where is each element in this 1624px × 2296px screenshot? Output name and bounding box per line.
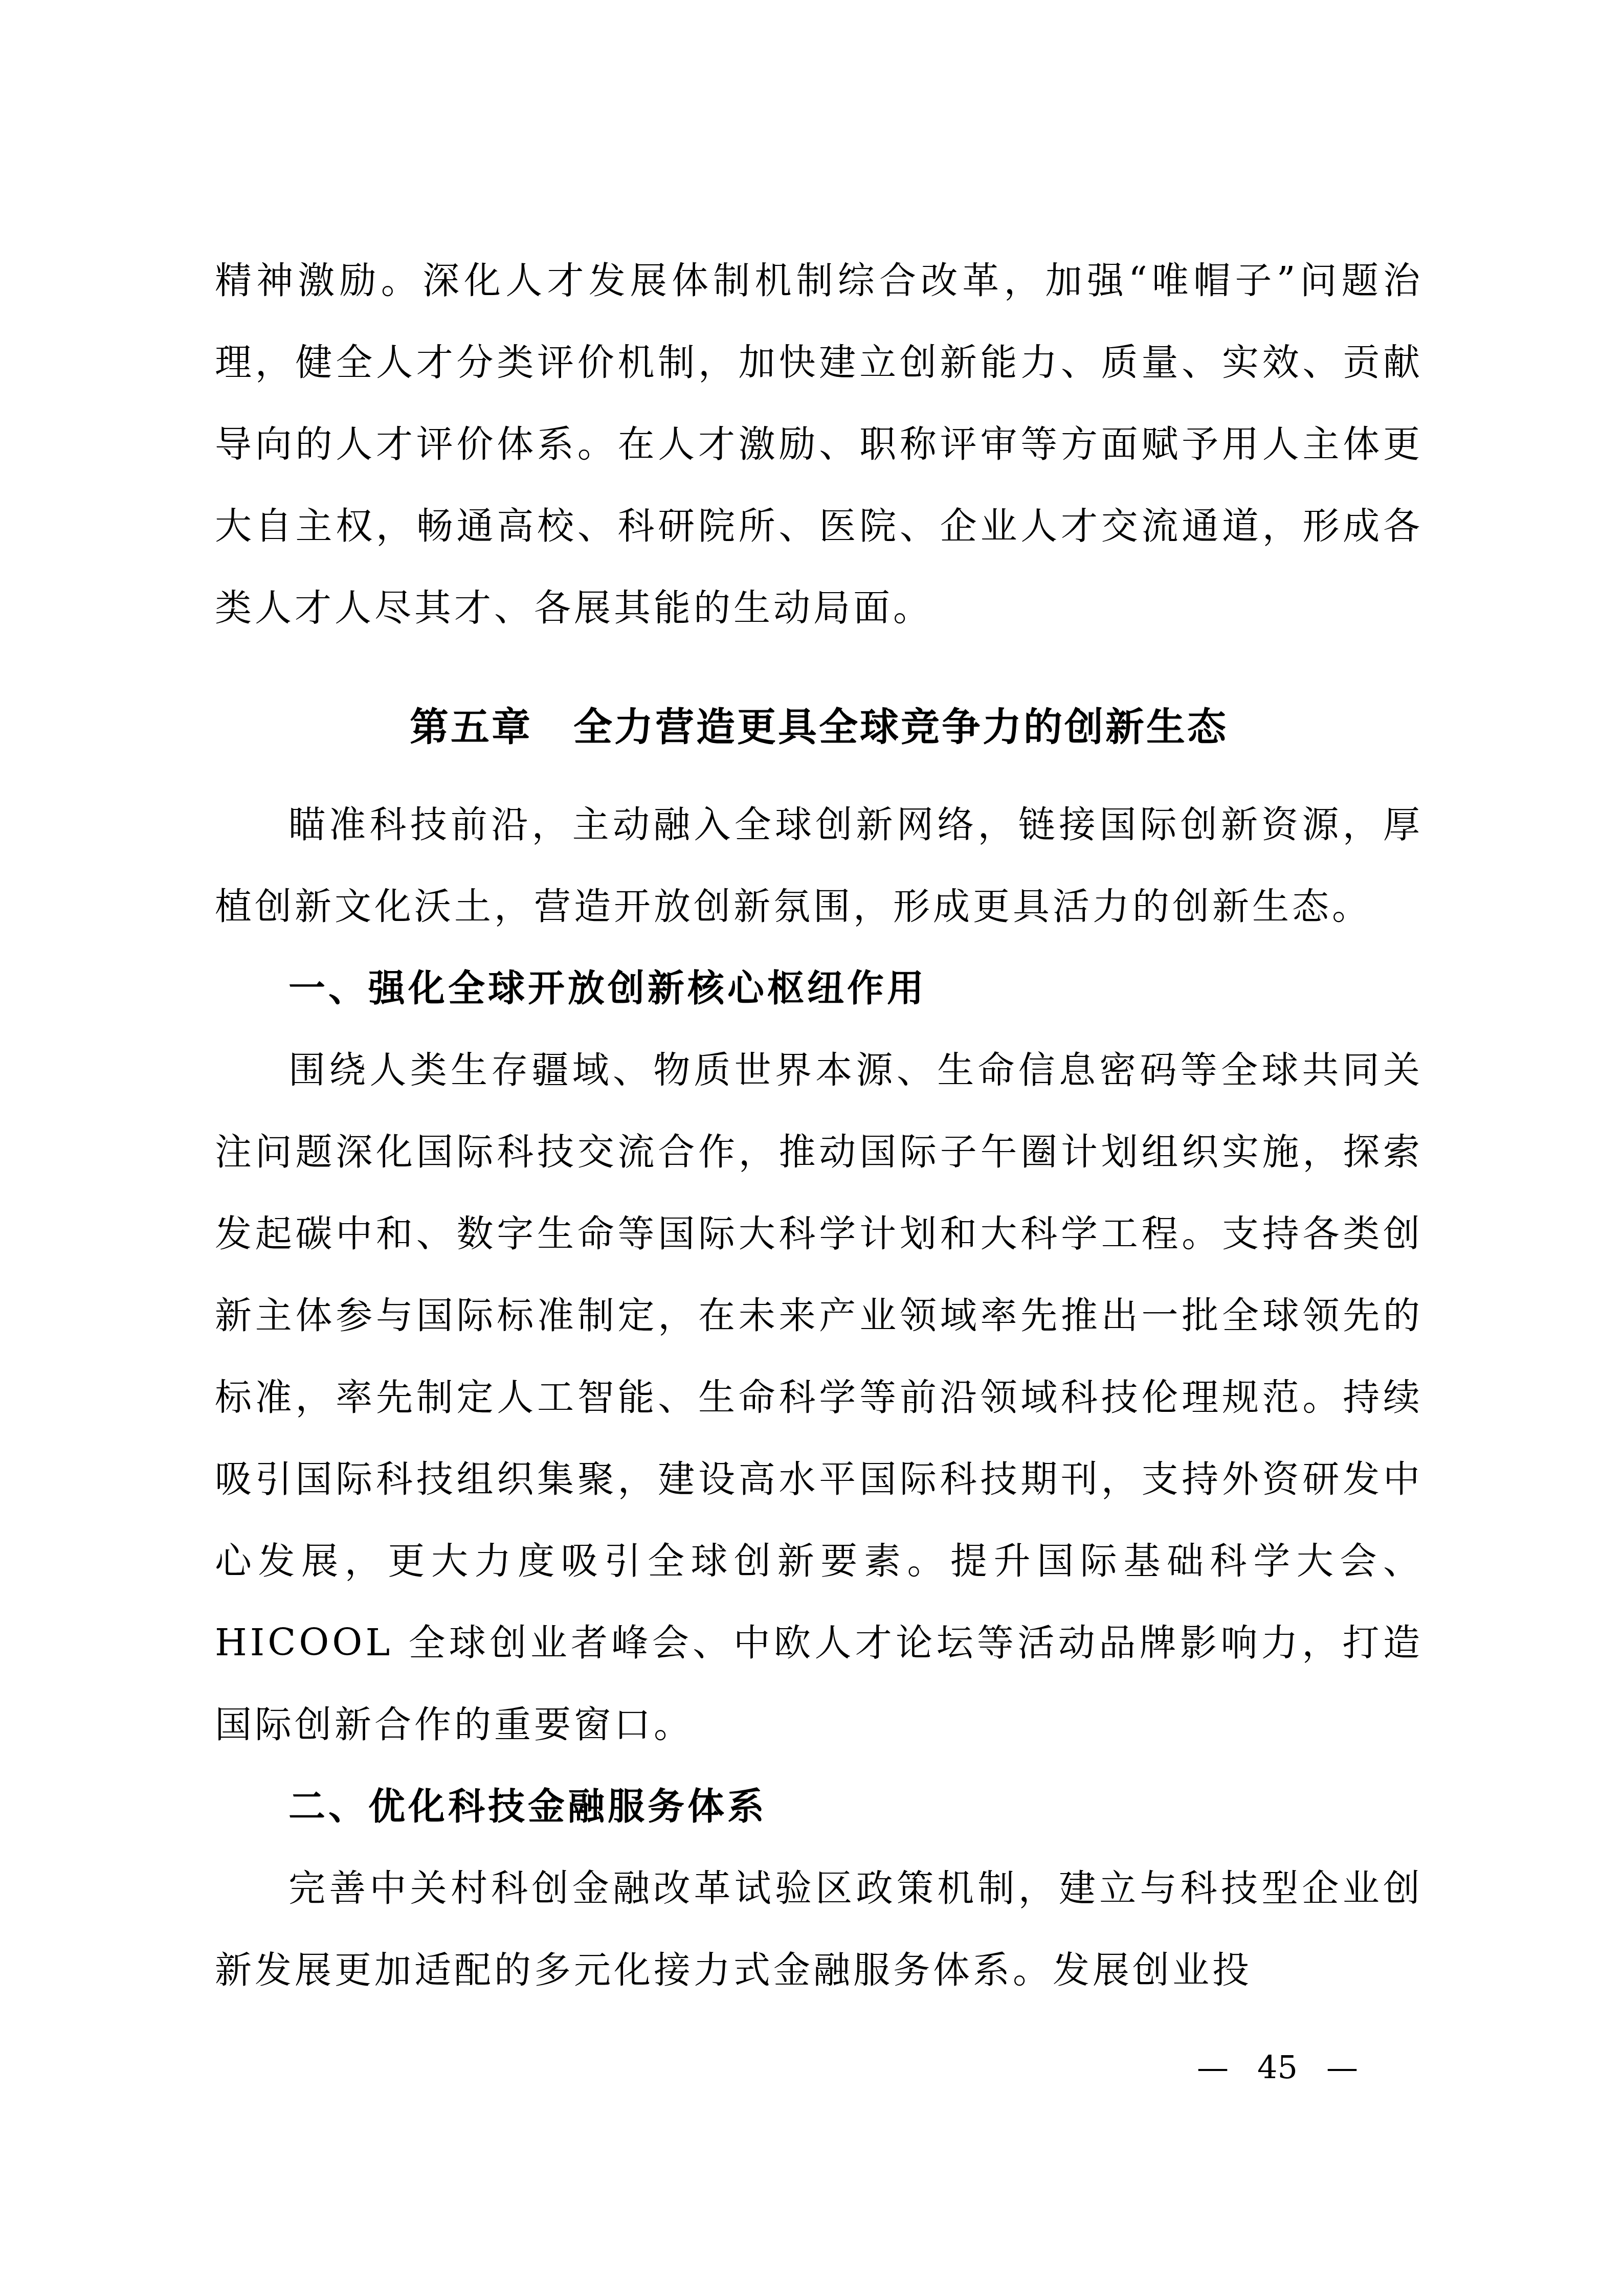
document-content: 精神激励。深化人才发展体制机制综合改革，加强“唯帽子”问题治理，健全人才分类评价…: [215, 239, 1423, 2011]
footer-dash-left: —: [1197, 2045, 1229, 2089]
paragraph-talent-continuation: 精神激励。深化人才发展体制机制综合改革，加强“唯帽子”问题治理，健全人才分类评价…: [215, 239, 1423, 648]
section-2-heading: 二、优化科技金融服务体系: [215, 1765, 1423, 1847]
page-footer: — 45 —: [1197, 2045, 1358, 2089]
paragraph-section-2: 完善中关村科创金融改革试验区政策机制，建立与科技型企业创新发展更加适配的多元化接…: [215, 1847, 1423, 2011]
document-page: 精神激励。深化人才发展体制机制综合改革，加强“唯帽子”问题治理，健全人才分类评价…: [0, 0, 1624, 2296]
section-1-heading: 一、强化全球开放创新核心枢纽作用: [215, 947, 1423, 1029]
chapter-heading: 第五章 全力营造更具全球竞争力的创新生态: [215, 686, 1423, 768]
page-number: 45: [1257, 2045, 1298, 2089]
paragraph-section-1: 围绕人类生存疆域、物质世界本源、生命信息密码等全球共同关注问题深化国际科技交流合…: [215, 1029, 1423, 1765]
paragraph-chapter-intro: 瞄准科技前沿，主动融入全球创新网络，链接国际创新资源，厚植创新文化沃土，营造开放…: [215, 783, 1423, 947]
footer-dash-right: —: [1326, 2045, 1358, 2089]
